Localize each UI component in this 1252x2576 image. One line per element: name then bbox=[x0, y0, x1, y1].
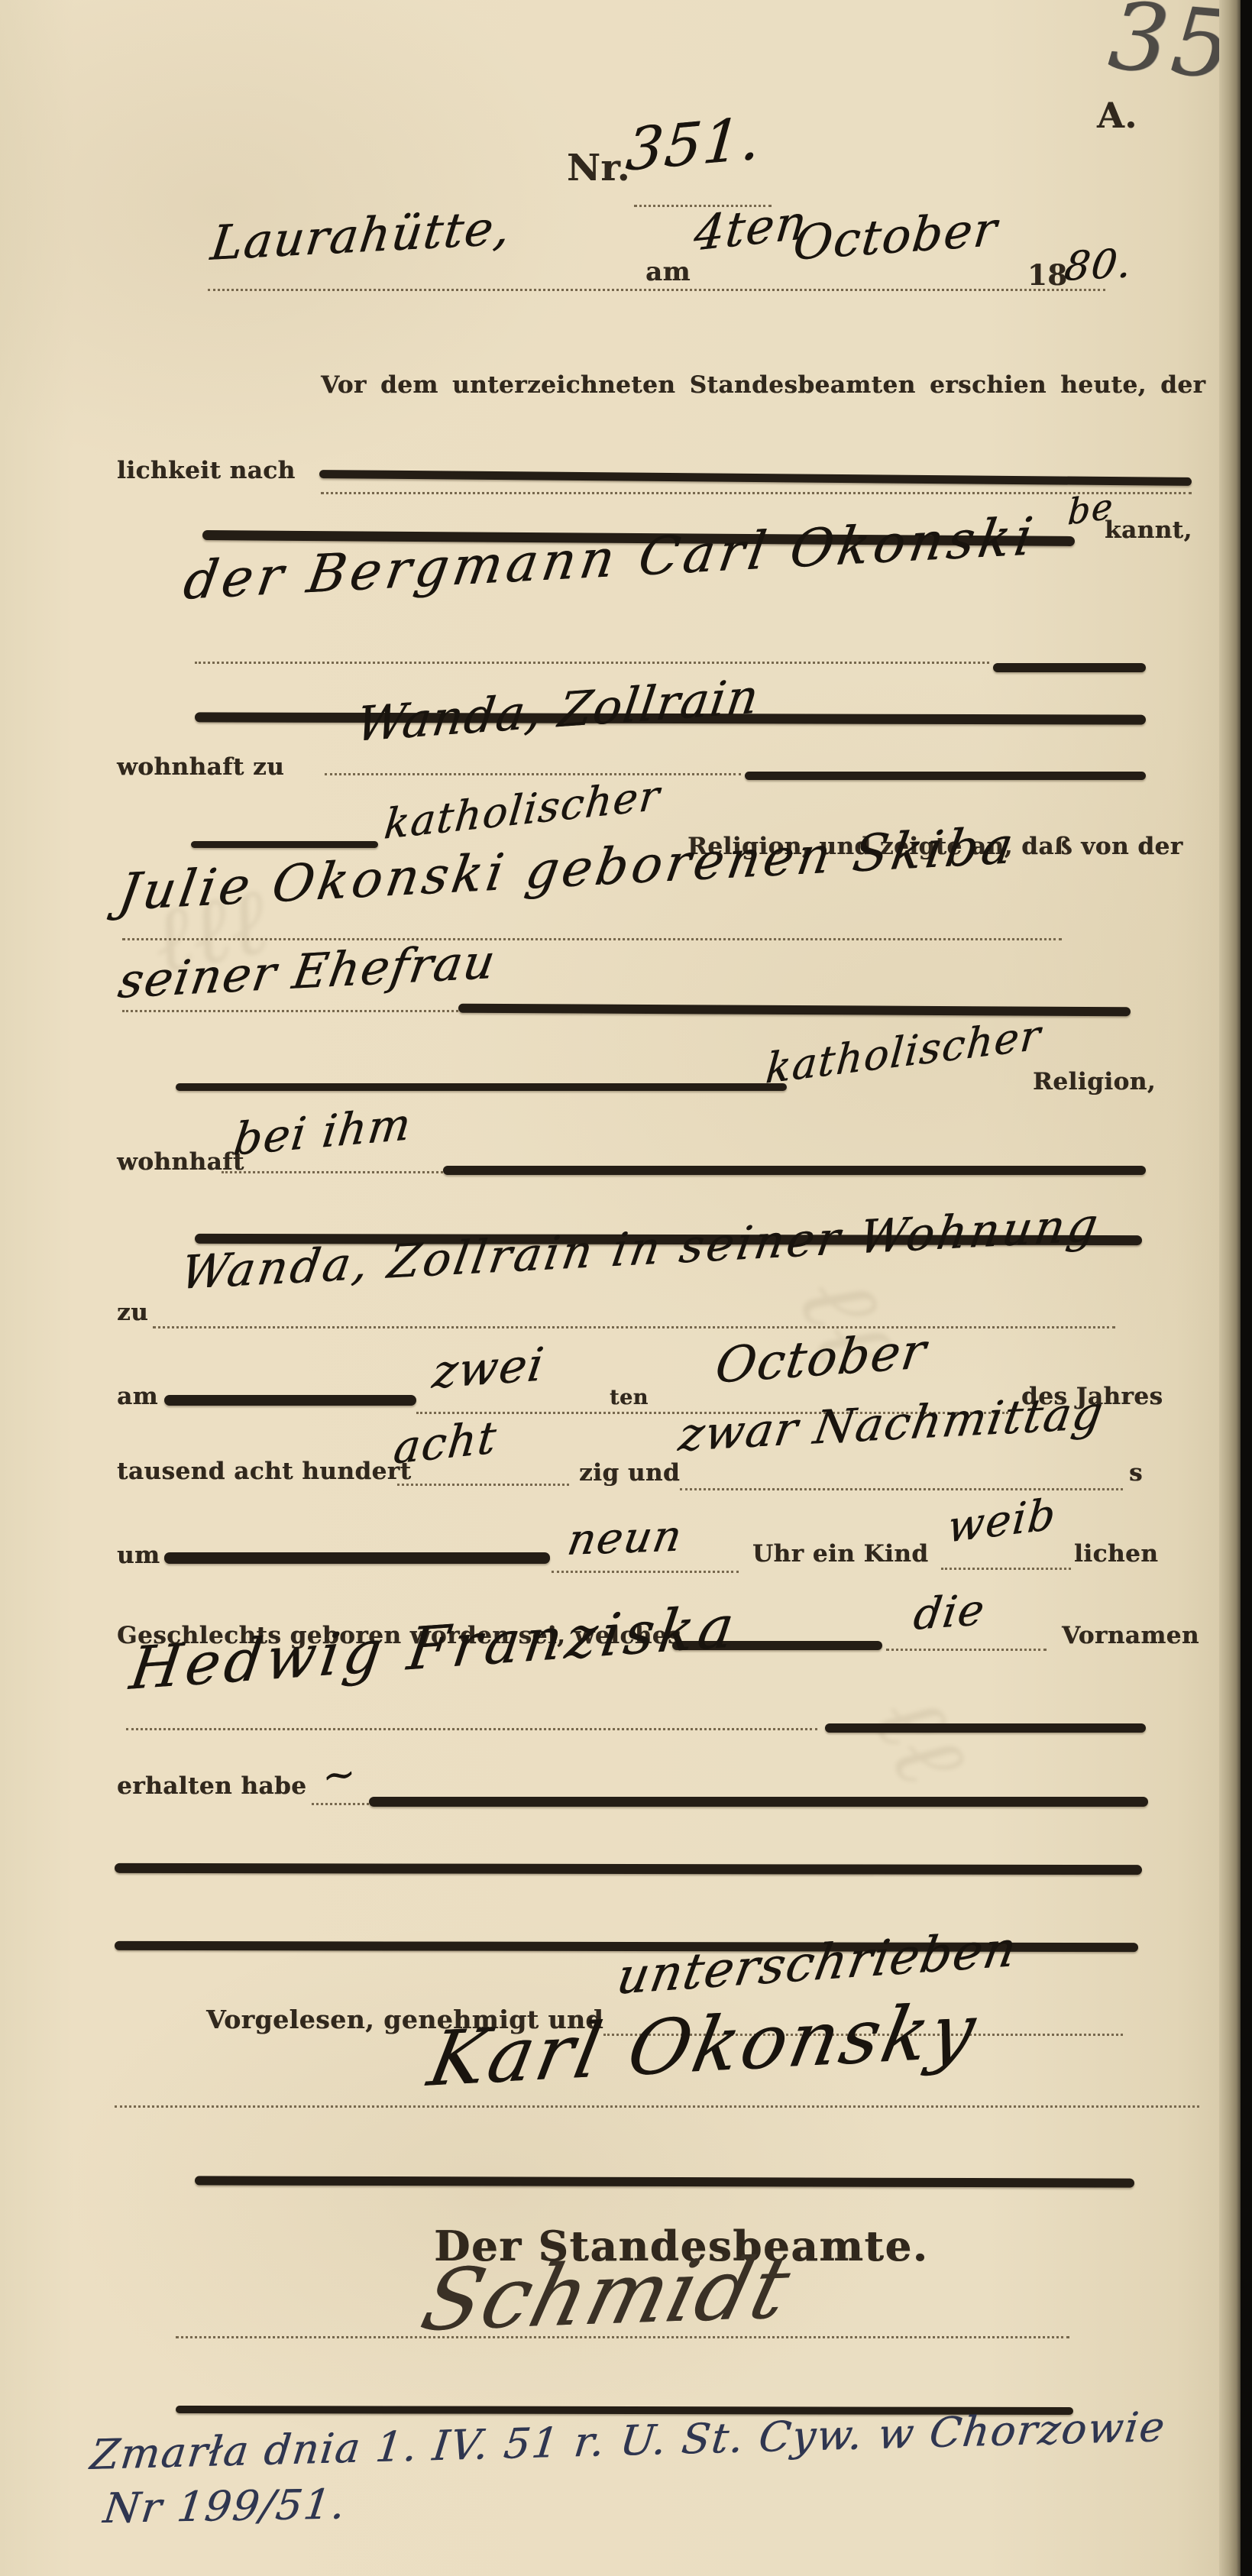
inked-out-blank bbox=[191, 841, 378, 848]
margin-note-line-2: Nr 199/51. bbox=[101, 2480, 349, 2532]
birth-die-value: die bbox=[911, 1585, 988, 1640]
dotted-rule bbox=[195, 662, 989, 664]
dotted-rule bbox=[886, 1649, 1047, 1651]
birth-lichen-label: lichen bbox=[1074, 1540, 1158, 1568]
year-written: 80. bbox=[1062, 241, 1135, 290]
dotted-rule bbox=[325, 773, 741, 775]
intro-line-1: Vor dem unterzeichneten Standesbeamten e… bbox=[321, 371, 1252, 399]
birth-year-label: tausend acht hundert bbox=[117, 1458, 411, 1485]
page-right-edge bbox=[1219, 0, 1242, 2576]
section-letter: A. bbox=[1097, 95, 1137, 136]
am-label: am bbox=[645, 257, 691, 287]
inked-out-blank bbox=[825, 1723, 1146, 1733]
registrar-signature: Schmidt bbox=[412, 2238, 801, 2350]
birth-hour-value: neun bbox=[564, 1511, 687, 1565]
erhalten-label: erhalten habe bbox=[117, 1772, 306, 1800]
scan-background-strip bbox=[1241, 0, 1252, 2576]
inked-out-blank bbox=[164, 1395, 416, 1406]
birth-zig-und-label: zig und bbox=[579, 1459, 680, 1487]
inked-out-blank bbox=[176, 1083, 787, 1091]
birth-day-value: zwei bbox=[429, 1338, 548, 1400]
birth-uhr-kind-label: Uhr ein Kind bbox=[752, 1540, 928, 1568]
handwritten-flourish: ~ bbox=[320, 1751, 360, 1800]
inked-out-blank bbox=[369, 1797, 1148, 1807]
dotted-rule bbox=[115, 2105, 1199, 2108]
dotted-rule bbox=[222, 1171, 443, 1173]
dotted-rule bbox=[321, 492, 1192, 494]
inked-out-blank bbox=[115, 1863, 1142, 1875]
birth-am-label: am bbox=[117, 1383, 158, 1410]
dotted-rule bbox=[941, 1568, 1071, 1570]
inked-out-blank bbox=[993, 663, 1146, 672]
record-number-label: Nr. bbox=[567, 147, 630, 189]
dotted-rule bbox=[122, 1010, 458, 1012]
mother-religion-label: Religion, bbox=[1033, 1068, 1156, 1095]
declarant-residence-label: wohnhaft zu bbox=[117, 753, 284, 781]
dotted-rule bbox=[153, 1326, 1115, 1328]
dotted-rule bbox=[126, 1728, 817, 1730]
dotted-rule bbox=[176, 2336, 1069, 2338]
inked-out-blank bbox=[164, 1552, 550, 1564]
known-printed: kannt, bbox=[1105, 516, 1192, 544]
birthplace-zu-label: zu bbox=[117, 1299, 148, 1326]
birth-s-label: s bbox=[1129, 1459, 1143, 1487]
dotted-rule bbox=[312, 1803, 369, 1805]
dotted-rule bbox=[122, 938, 1062, 940]
birth-vornamen-label: Vornamen bbox=[1062, 1622, 1199, 1649]
dotted-rule bbox=[397, 1484, 569, 1486]
dotted-rule bbox=[208, 289, 1105, 291]
birth-um-label: um bbox=[117, 1542, 160, 1569]
inked-out-blank bbox=[745, 772, 1146, 780]
birth-ten-label: ten bbox=[610, 1386, 649, 1409]
dotted-rule bbox=[552, 1571, 739, 1573]
inked-out-blank bbox=[443, 1166, 1146, 1175]
intro-line-2: lichkeit nach bbox=[117, 457, 296, 484]
scanned-register-page: ℓℓℓ ℓℓ ℓℓ 353 A. Nr. 351. Laurahütte, am… bbox=[0, 0, 1252, 2576]
record-number-value: 351. bbox=[623, 104, 764, 184]
